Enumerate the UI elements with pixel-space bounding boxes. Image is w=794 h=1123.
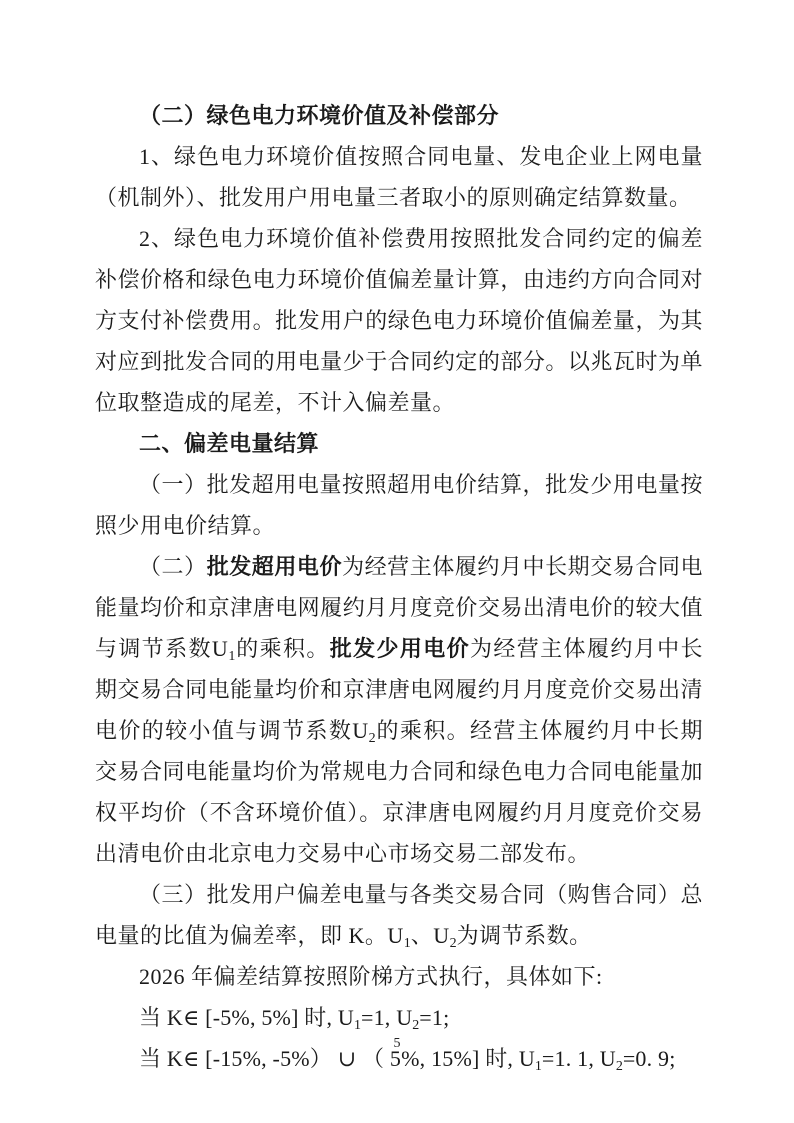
subscript-u2: 2 (369, 731, 376, 746)
paragraph-green-value-quantity: 1、绿色电力环境价值按照合同电量、发电企业上网电量（机制外）、批发用户用电量三者… (95, 136, 703, 218)
text-run: 的乘积。 (235, 636, 329, 661)
paragraph-text: （一）批发超用电量按照超用电价结算，批发少用电量按照少用电价结算。 (95, 472, 703, 538)
term-wholesale-underuse-price: 批发少用电价 (330, 636, 470, 661)
text-run: 为调节系数。 (457, 923, 592, 948)
paragraph-green-value-compensation: 2、绿色电力环境价值补偿费用按照批发合同约定的偏差补偿价格和绿色电力环境价值偏差… (95, 218, 703, 423)
text-run: （三）批发用户偏差电量与各类交易合同（购售合同）总电量的比值为偏差率，即 K。U (95, 882, 703, 948)
section-heading-deviation-settlement: 二、偏差电量结算 (95, 423, 703, 464)
text-run: （二） (139, 554, 207, 579)
page-number-text: 5 (394, 1036, 401, 1051)
term-wholesale-overuse-price: 批发超用电价 (207, 554, 342, 579)
paragraph-price-definition: （二）批发超用电价为经营主体履约月中长期交易合同电能量均价和京津唐电网履约月月度… (95, 546, 703, 874)
document-page: （二）绿色电力环境价值及补偿部分 1、绿色电力环境价值按照合同电量、发电企业上网… (0, 0, 794, 1123)
subscript-u1: 1 (354, 1018, 361, 1033)
subscript-u2: 2 (450, 936, 457, 951)
text-run: =1, U (361, 1005, 412, 1030)
section-heading-green-power: （二）绿色电力环境价值及补偿部分 (95, 95, 703, 136)
formula-line-1: 当 K∈ [-5%, 5%] 时, U1=1, U2=1; (95, 997, 703, 1038)
paragraph-settlement-rule: （一）批发超用电量按照超用电价结算，批发少用电量按照少用电价结算。 (95, 464, 703, 546)
heading-text: （二）绿色电力环境价值及补偿部分 (139, 103, 499, 128)
subscript-u1: 1 (404, 936, 411, 951)
heading-text: 二、偏差电量结算 (139, 431, 319, 456)
paragraph-text: 2026 年偏差结算按照阶梯方式执行，具体如下: (139, 964, 603, 989)
paragraph-text: 2、绿色电力环境价值补偿费用按照批发合同约定的偏差补偿价格和绿色电力环境价值偏差… (95, 226, 703, 415)
text-run: 当 K∈ [-5%, 5%] 时, U (139, 1005, 354, 1030)
subscript-u1: 1 (535, 1059, 542, 1074)
text-run: =1; (419, 1005, 449, 1030)
subscript-u2: 2 (616, 1059, 623, 1074)
paragraph-deviation-rate-definition: （三）批发用户偏差电量与各类交易合同（购售合同）总电量的比值为偏差率，即 K。U… (95, 874, 703, 956)
text-run: 、U (411, 923, 450, 948)
document-body: （二）绿色电力环境价值及补偿部分 1、绿色电力环境价值按照合同电量、发电企业上网… (95, 95, 703, 1079)
paragraph-text: 1、绿色电力环境价值按照合同电量、发电企业上网电量（机制外）、批发用户用电量三者… (95, 144, 703, 210)
paragraph-2026-ladder-intro: 2026 年偏差结算按照阶梯方式执行，具体如下: (95, 956, 703, 997)
page-number: 5 (0, 1034, 794, 1054)
